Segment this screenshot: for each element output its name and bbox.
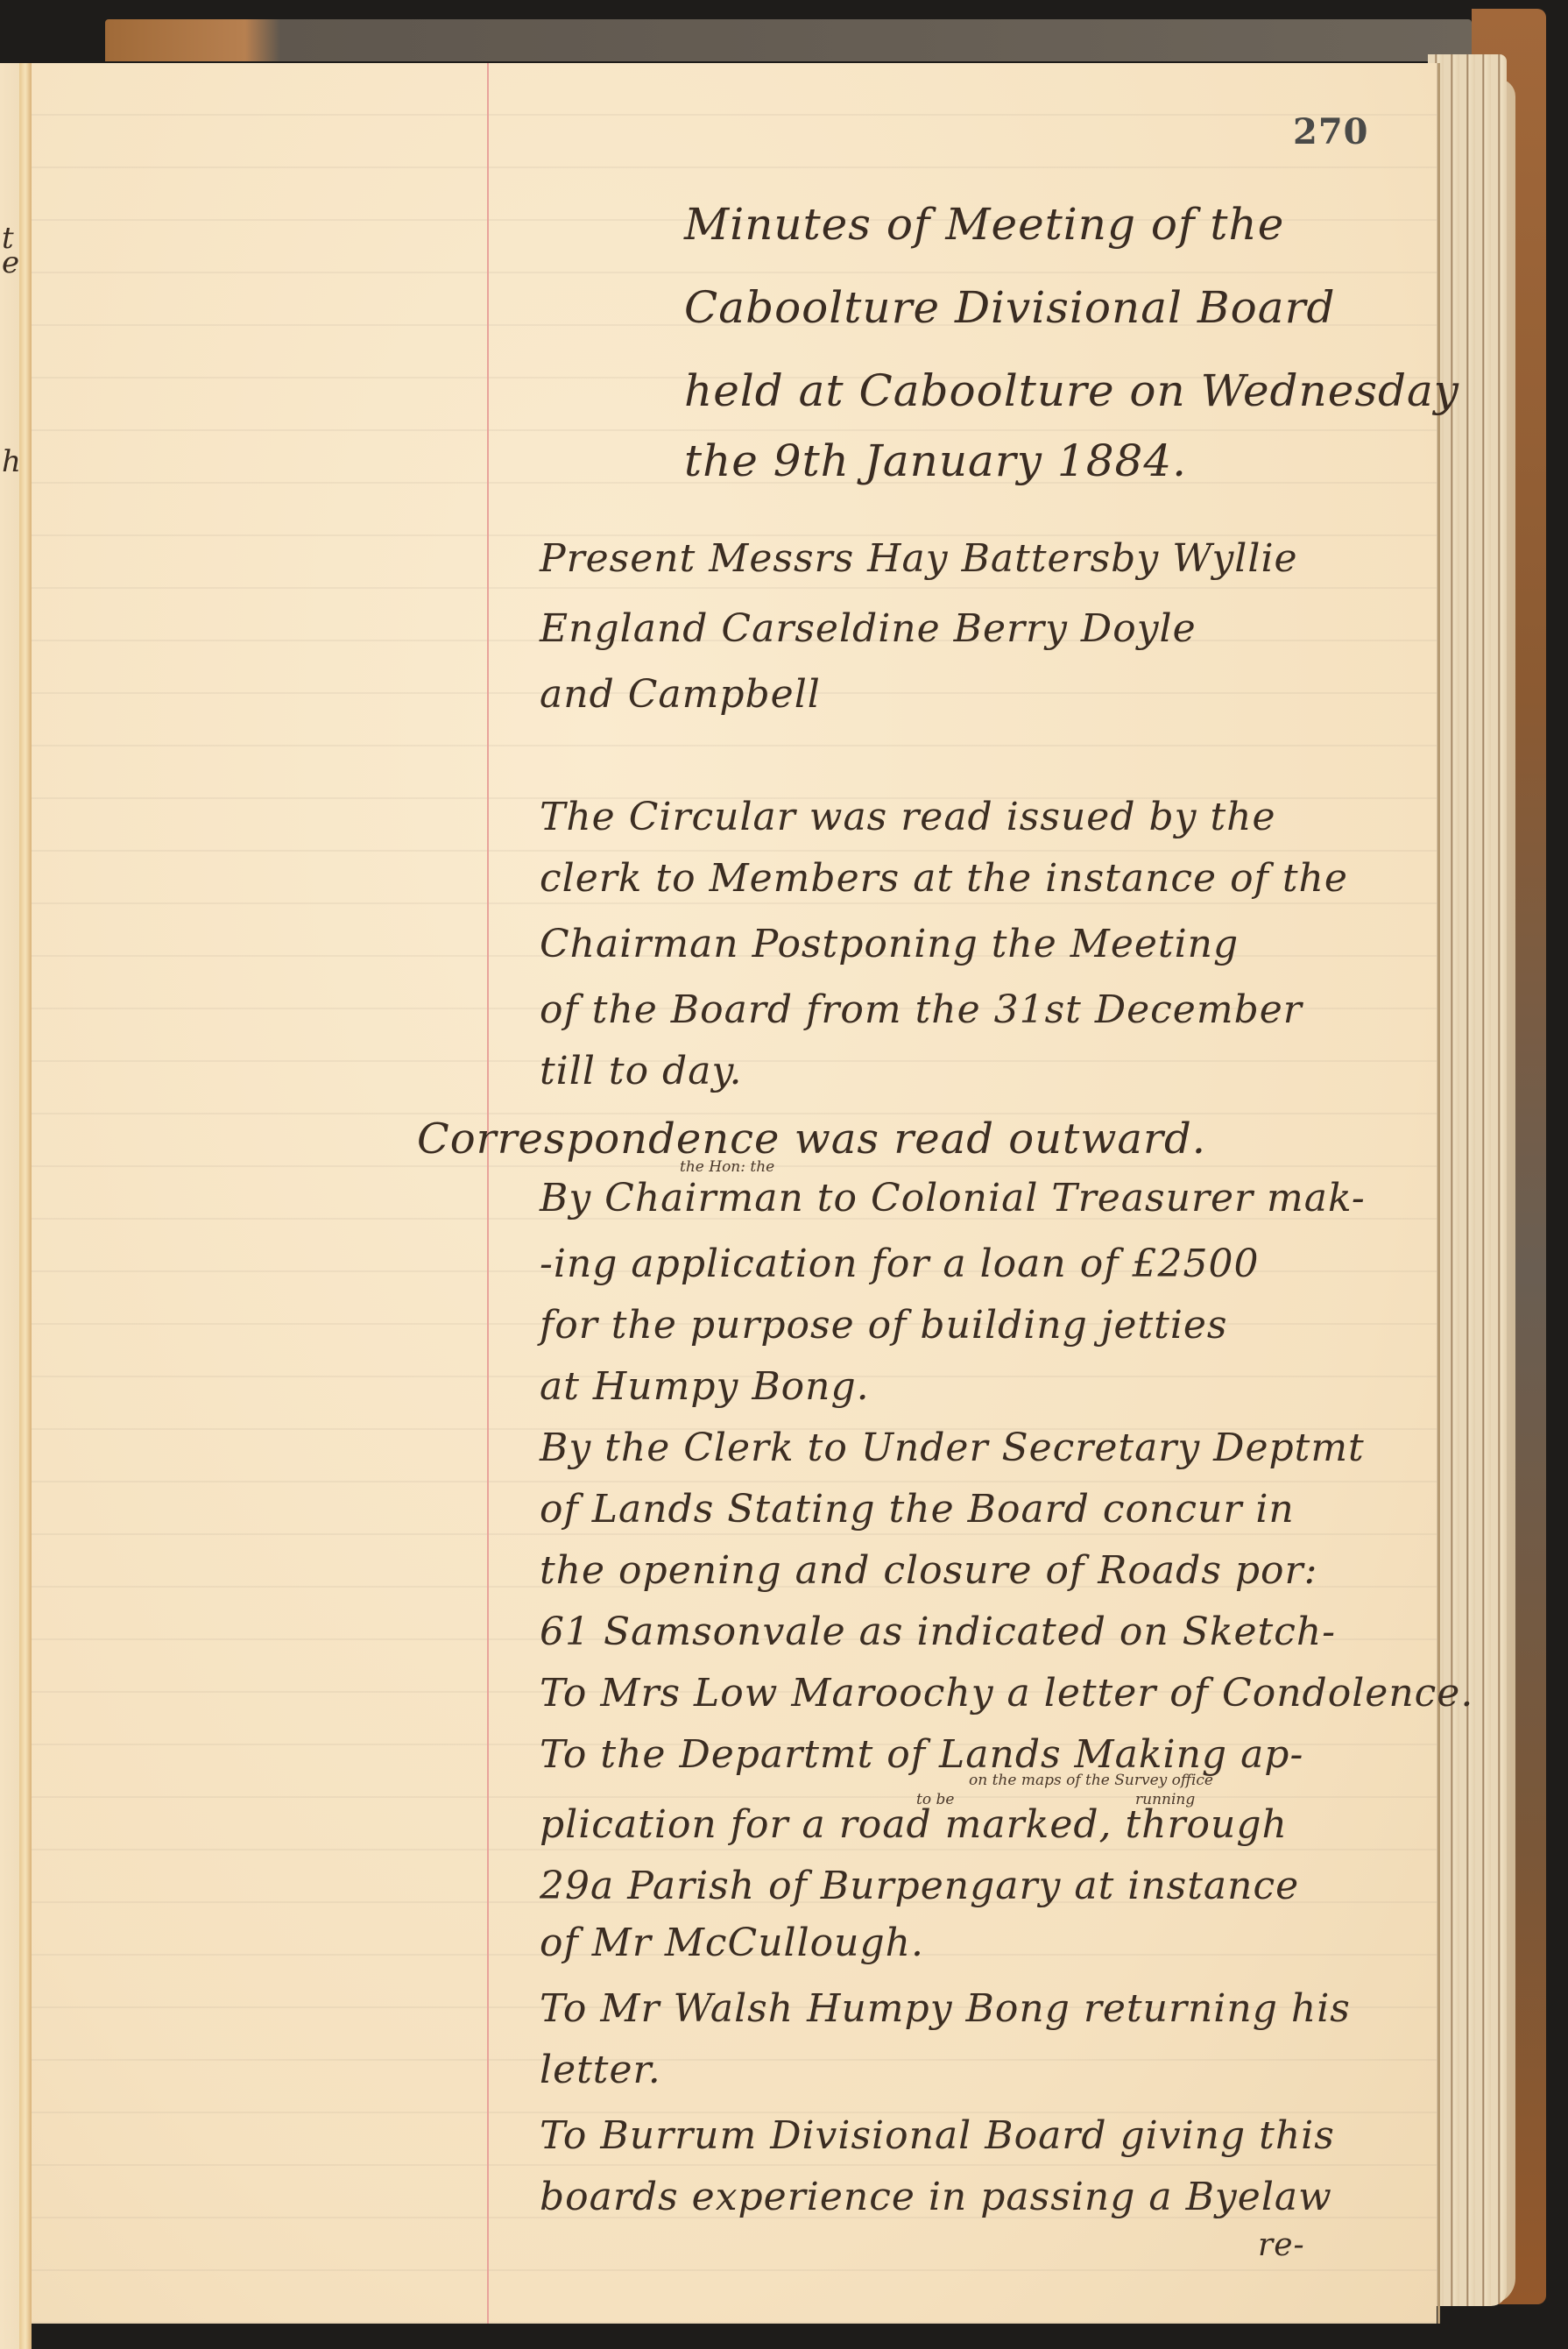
correspondence-line: To Mr Walsh Humpy Bong returning his <box>540 1986 1351 2031</box>
circular-line: clerk to Members at the instance of the <box>540 856 1348 901</box>
interlinear-insertion: on the maps of the Survey office <box>969 1772 1213 1789</box>
correspondence-line: of Lands Stating the Board concur in <box>540 1487 1295 1532</box>
heading-line: Caboolture Divisional Board <box>684 282 1335 333</box>
correspondence-heading: Correspondence was read outward. <box>417 1114 1206 1164</box>
left-page-fragment: e <box>2 245 19 280</box>
circular-line: of the Board from the 31st December <box>540 987 1303 1032</box>
correspondence-line: To Mrs Low Maroochy a letter of Condolen… <box>540 1671 1473 1716</box>
heading-line: the 9th January 1884. <box>684 435 1187 486</box>
interlinear-insertion: the Hon: the <box>680 1158 774 1176</box>
present-line: Present Messrs Hay Battersby Wyllie <box>540 536 1298 581</box>
correspondence-line: By Chairman to Colonial Treasurer mak- <box>540 1176 1366 1220</box>
circular-line: The Circular was read issued by the <box>540 795 1276 839</box>
present-line: and Campbell <box>540 672 821 717</box>
correspondence-line: -ing application for a loan of £2500 <box>540 1242 1259 1286</box>
catchword: re- <box>1258 2227 1305 2263</box>
page-number: 270 <box>1293 111 1369 152</box>
heading-line: Minutes of Meeting of the <box>684 199 1284 250</box>
book-binding-top <box>105 19 1472 61</box>
correspondence-line: By the Clerk to Under Secretary Deptmt <box>540 1426 1365 1470</box>
correspondence-line: To the Departmt of Lands Making ap- <box>540 1732 1303 1777</box>
correspondence-line: for the purpose of building jetties <box>540 1303 1228 1348</box>
correspondence-line: boards experience in passing a Byelaw <box>540 2175 1332 2219</box>
correspondence-line: To Burrum Divisional Board giving this <box>540 2113 1335 2158</box>
correspondence-line: letter. <box>540 2048 661 2092</box>
correspondence-line: 61 Samsonvale as indicated on Sketch- <box>540 1610 1336 1654</box>
red-margin-rule <box>487 63 489 2324</box>
correspondence-line: the opening and closure of Roads por: <box>540 1548 1317 1593</box>
ledger-page: 270 Minutes of Meeting of the Caboolture… <box>32 63 1437 2324</box>
present-line: England Carseldine Berry Doyle <box>540 606 1197 651</box>
heading-line: held at Caboolture on Wednesday <box>684 365 1459 416</box>
correspondence-line: plication for a road marked, through <box>540 1802 1288 1847</box>
book-gutter <box>19 63 32 2349</box>
circular-line: till to day. <box>540 1049 742 1093</box>
correspondence-line: at Humpy Bong. <box>540 1364 870 1409</box>
left-page-fragment: h <box>2 444 21 479</box>
correspondence-line: of Mr McCullough. <box>540 1921 924 1965</box>
correspondence-line: 29a Parish of Burpengary at instance <box>540 1864 1299 1908</box>
circular-line: Chairman Postponing the Meeting <box>540 922 1239 966</box>
